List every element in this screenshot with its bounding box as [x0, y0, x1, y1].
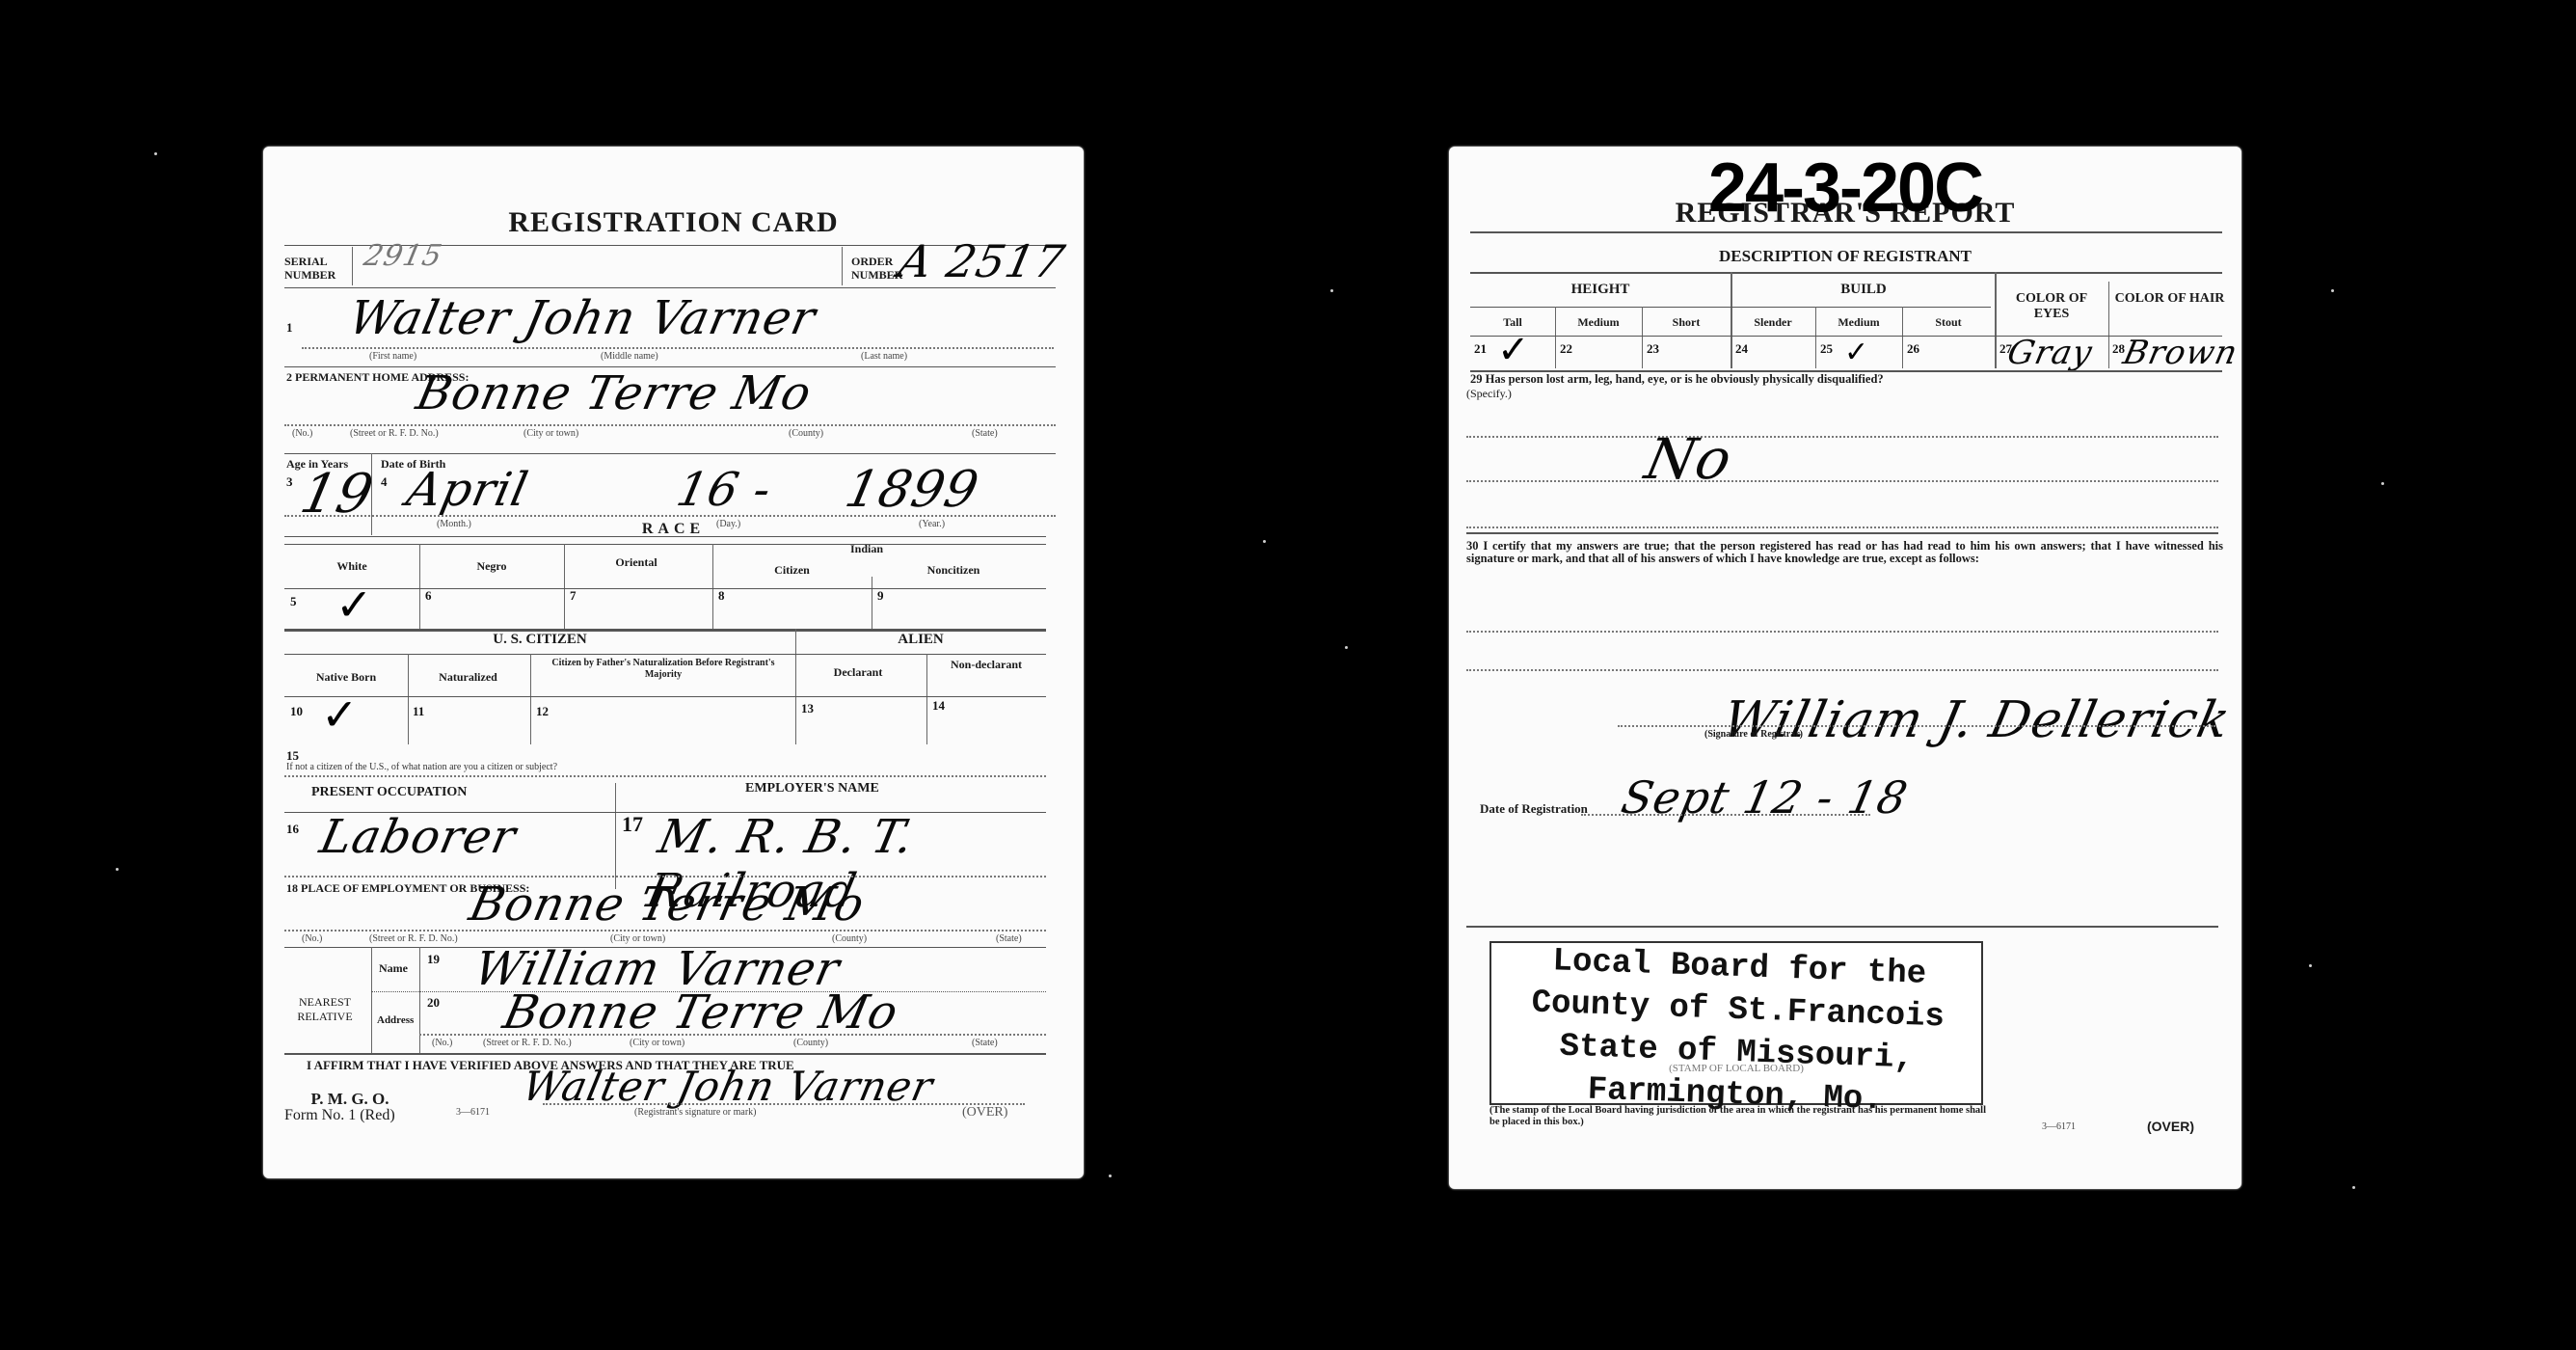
build-medium-checkmark: ✓ — [1844, 336, 1868, 369]
employer-label: EMPLOYER'S NAME — [745, 781, 879, 796]
caption-city: (City or town) — [523, 428, 578, 439]
alien-label: ALIEN — [795, 632, 1046, 648]
film-speck — [2309, 964, 2312, 967]
stamped-number: 24-3-20C — [1449, 148, 2241, 228]
race-col-oriental: Oriental — [564, 555, 709, 570]
date-label: Date of Registration — [1480, 801, 1588, 817]
field-number: 21 — [1474, 341, 1487, 357]
race-col-noncitizen: Noncitizen — [872, 563, 1035, 578]
local-board-stamp-box: (STAMP OF LOCAL BOARD) Local Board for t… — [1489, 941, 1983, 1105]
height-col-medium: Medium — [1555, 315, 1642, 330]
registration-card-front: REGISTRATION CARD SERIAL NUMBER 2915 ORD… — [263, 147, 1084, 1178]
build-label: BUILD — [1733, 282, 1994, 298]
hair-label: COLOR OF HAIR — [2114, 291, 2225, 307]
field-number: 26 — [1907, 341, 1919, 357]
card-title: REGISTRATION CARD — [263, 206, 1084, 239]
field-number: 1 — [286, 320, 293, 336]
field-number: 11 — [413, 704, 424, 719]
field-number: 14 — [932, 698, 945, 714]
caption-no: (No.) — [432, 1038, 452, 1048]
film-speck — [1330, 289, 1333, 292]
caption-city: (City or town) — [630, 1038, 684, 1048]
dob-year: 1899 — [841, 461, 984, 519]
print-code: 3—6171 — [456, 1107, 490, 1118]
serial-number: 2915 — [361, 239, 445, 273]
question-29: 29 Has person lost arm, leg, hand, eye, … — [1470, 372, 1884, 387]
native-born-checkmark: ✓ — [321, 688, 359, 741]
serial-label: SERIAL NUMBER — [284, 255, 342, 282]
relative-address-value: Bonne Terre Mo — [498, 985, 903, 1039]
citizen-label: U. S. CITIZEN — [284, 632, 795, 648]
print-code: 3—6171 — [2042, 1121, 2076, 1132]
signature-caption: (Registrant's signature or mark) — [634, 1107, 757, 1118]
field-number: 25 — [1820, 341, 1833, 357]
film-speck — [1345, 646, 1348, 649]
local-board-stamp: Local Board for the County of St.Francoi… — [1527, 940, 1947, 1124]
registrant-name: Walter John Varner — [344, 291, 820, 345]
registrar-signature: William J. Dellerick — [1718, 691, 2236, 749]
field-number: 23 — [1647, 341, 1659, 357]
stamp-note: (The stamp of the Local Board having jur… — [1489, 1105, 1986, 1128]
employment-place-value: Bonne Terre Mo — [465, 877, 870, 931]
eyes-label: COLOR OF EYES — [1999, 291, 2105, 322]
height-tall-checkmark: ✓ — [1497, 328, 1530, 372]
field15-label: If not a citizen of the U.S., of what na… — [286, 762, 557, 772]
race-col-citizen: Citizen — [712, 563, 872, 578]
race-col-negro: Negro — [419, 559, 564, 574]
caption-state: (State) — [996, 933, 1022, 944]
field-number: 3 — [286, 474, 293, 490]
caption-no: (No.) — [292, 428, 312, 439]
registration-card-back: 24-3-20C REGISTRAR'S REPORT DESCRIPTION … — [1449, 147, 2241, 1189]
field-number: 10 — [290, 704, 303, 719]
caption-street: (Street or R. F. D. No.) — [369, 933, 458, 944]
dob-month: April — [402, 463, 533, 517]
caption-no: (No.) — [302, 933, 322, 944]
field-number: 7 — [570, 588, 577, 604]
field-number: 16 — [286, 822, 299, 837]
nearest-relative-label: NEAREST RELATIVE — [286, 995, 363, 1024]
relative-address-label: Address — [377, 1014, 414, 1026]
occupation-label: PRESENT OCCUPATION — [311, 785, 467, 800]
race-indian-label: Indian — [712, 542, 1021, 556]
eye-color-value: Gray — [2004, 334, 2096, 372]
film-speck — [116, 868, 119, 871]
caption-county: (County) — [789, 428, 823, 439]
field-number: 6 — [425, 588, 432, 604]
field-number: 13 — [801, 701, 814, 716]
caption-state: (State) — [972, 1038, 998, 1048]
film-speck — [1263, 540, 1266, 543]
registrar-caption: (Signature of Registrar) — [1704, 729, 1803, 740]
alien-col-nondeclarant: Non-declarant — [938, 658, 1034, 672]
question-30: 30 I certify that my answers are true; t… — [1466, 540, 2223, 565]
caption-state: (State) — [972, 428, 998, 439]
field-number: 17 — [622, 812, 643, 837]
caption-street: (Street or R. F. D. No.) — [483, 1038, 572, 1048]
field-number: 20 — [427, 995, 440, 1011]
over-label: (OVER) — [2147, 1119, 2194, 1134]
caption-first-name: (First name) — [369, 351, 416, 362]
caption-county: (County) — [793, 1038, 828, 1048]
citizen-col-native-born: Native Born — [284, 670, 408, 685]
film-speck — [1109, 1174, 1112, 1177]
film-speck — [154, 152, 157, 155]
order-number: A 2517 — [894, 235, 1069, 287]
caption-middle-name: (Middle name) — [601, 351, 658, 362]
film-speck — [2352, 1186, 2355, 1189]
form-pmgo: P. M. G. O. — [292, 1090, 408, 1109]
race-col-white: White — [284, 559, 419, 574]
height-col-short: Short — [1642, 315, 1731, 330]
field-number: 9 — [877, 588, 884, 604]
form-number: Form No. 1 (Red) — [284, 1107, 395, 1124]
field-number: 24 — [1735, 341, 1748, 357]
dob-day: 16 - — [672, 463, 776, 517]
build-col-medium: Medium — [1815, 315, 1902, 330]
field-number: 4 — [381, 474, 388, 490]
film-speck — [2381, 482, 2384, 485]
relative-name-label: Name — [379, 961, 408, 976]
over-label: (OVER) — [962, 1105, 1007, 1120]
race-label: RACE — [263, 521, 1084, 538]
field-number: 5 — [290, 594, 297, 609]
description-label: DESCRIPTION OF REGISTRANT — [1449, 247, 2241, 266]
field-number: 19 — [427, 952, 440, 967]
field-number: 8 — [718, 588, 725, 604]
height-label: HEIGHT — [1470, 282, 1731, 298]
citizen-col-naturalized: Naturalized — [408, 670, 528, 685]
field-number: 12 — [536, 704, 549, 719]
race-white-checkmark: ✓ — [335, 579, 373, 631]
field-number: 22 — [1560, 341, 1572, 357]
occupation-value: Laborer — [315, 810, 521, 864]
citizen-col-father-naturalization: Citizen by Father's Naturalization Befor… — [533, 658, 793, 681]
home-address: Bonne Terre Mo — [412, 366, 817, 420]
caption-street: (Street or R. F. D. No.) — [350, 428, 439, 439]
caption-last-name: (Last name) — [861, 351, 907, 362]
hair-color-value: Brown — [2120, 334, 2241, 372]
build-col-stout: Stout — [1902, 315, 1995, 330]
film-speck — [2331, 289, 2334, 292]
question-29-specify: (Specify.) — [1466, 387, 1512, 401]
build-col-slender: Slender — [1731, 315, 1815, 330]
alien-col-declarant: Declarant — [795, 665, 921, 680]
